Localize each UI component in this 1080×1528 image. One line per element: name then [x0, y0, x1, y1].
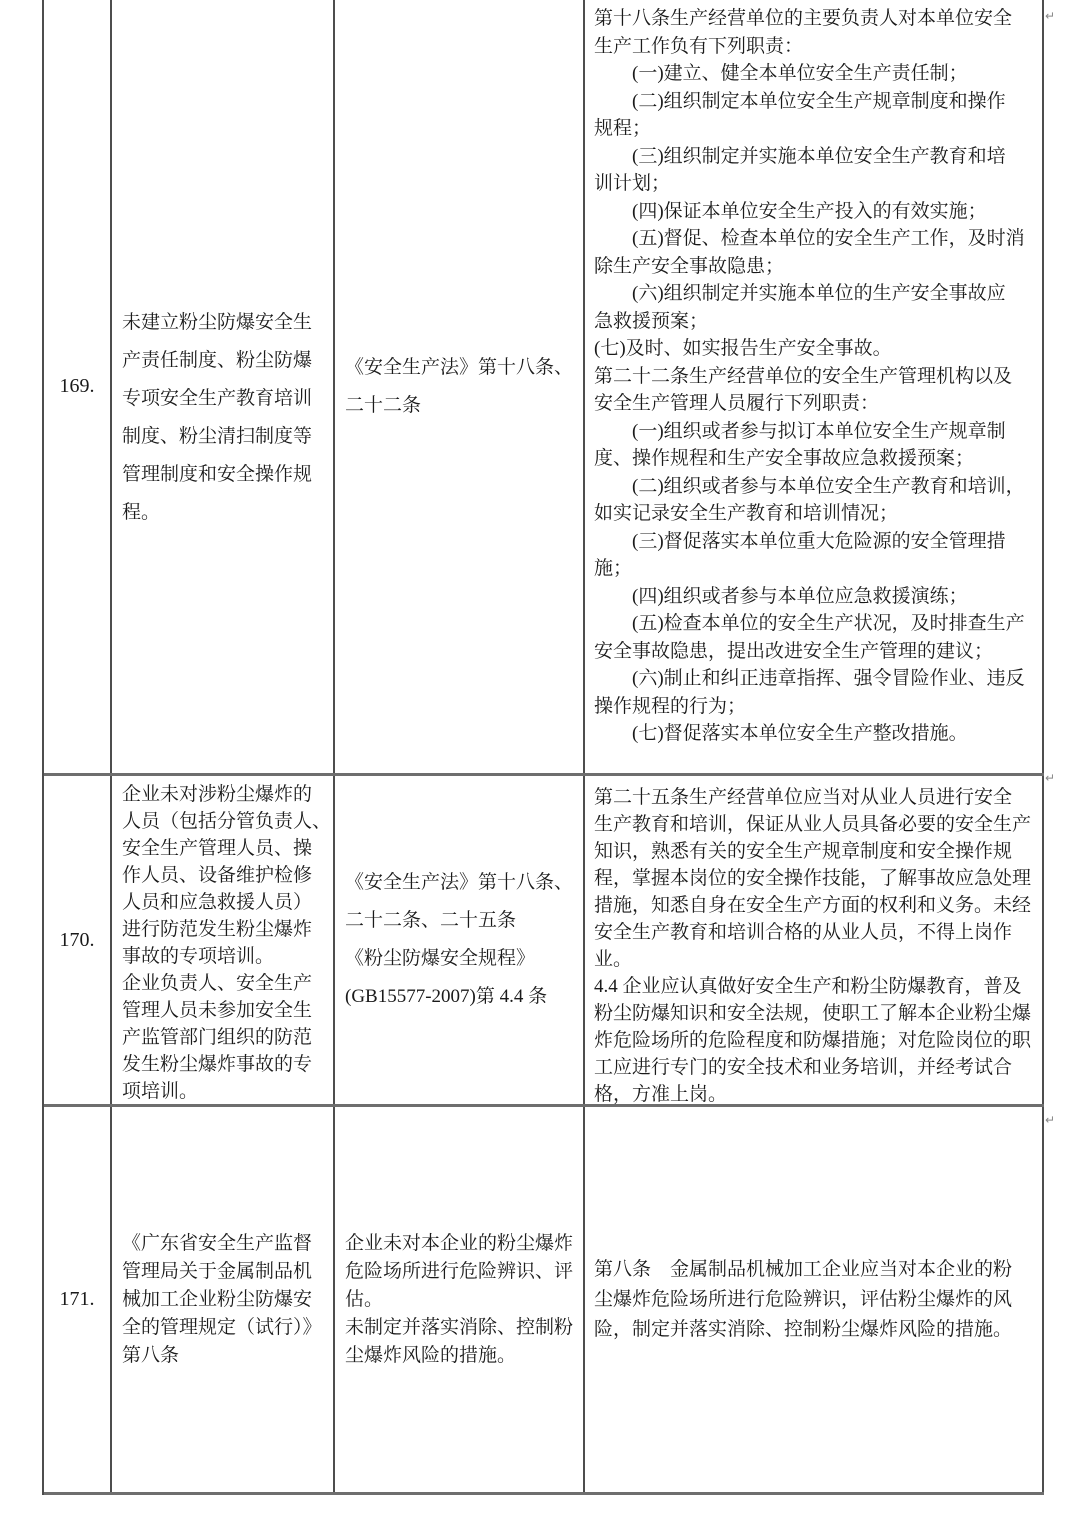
provision-cell: 第八条 金属制品机械加工企业应当对本企业的粉 尘爆炸危险场所进行危险辨识，评估粉… — [585, 1107, 1044, 1492]
provision-text: 第八条 金属制品机械加工企业应当对本企业的粉 尘爆炸危险场所进行危险辨识，评估粉… — [594, 1255, 1040, 1345]
row-number: 169. — [60, 375, 95, 398]
row-number: 170. — [60, 929, 95, 952]
legal-basis-cell: 《安全生产法》第十八条、 二十二条 — [335, 0, 585, 773]
table-row: 171. 《广东省安全生产监督 管理局关于金属制品机 械加工企业粉尘防爆安 全的… — [44, 1107, 1044, 1495]
legal-basis-text: 《广东省安全生产监督 管理局关于金属制品机 械加工企业粉尘防爆安 全的管理规定（… — [122, 1230, 333, 1370]
row-end-mark-icon: ↵ — [1045, 10, 1055, 22]
legal-basis-cell: 《安全生产法》第十八条、 二十二条、二十五条 《粉尘防爆安全规程》 (GB155… — [335, 776, 585, 1104]
provision-text: 第十八条生产经营单位的主要负责人对本单位安全 生产工作负有下列职责： (一)建立… — [594, 5, 1040, 748]
violation-cell: 企业未对涉粉尘爆炸的 人员（包括分管负责人、 安全生产管理人员、操 作人员、设备… — [112, 776, 335, 1104]
row-number: 171. — [60, 1288, 95, 1311]
provision-cell: 第二十五条生产经营单位应当对从业人员进行安全 生产教育和培训，保证从业人员具备必… — [585, 776, 1044, 1104]
violation-text: 企业未对本企业的粉尘爆炸 危险场所进行危险辨识、评 估。 未制定并落实消除、控制… — [345, 1230, 583, 1370]
violation-cell: 企业未对本企业的粉尘爆炸 危险场所进行危险辨识、评 估。 未制定并落实消除、控制… — [335, 1107, 585, 1492]
table-row: 170. 企业未对涉粉尘爆炸的 人员（包括分管负责人、 安全生产管理人员、操 作… — [44, 776, 1044, 1107]
table-row: 169. 未建立粉尘防爆安全生 产责任制度、粉尘防爆 专项安全生产教育培训 制度… — [44, 0, 1044, 776]
provision-cell: 第十八条生产经营单位的主要负责人对本单位安全 生产工作负有下列职责： (一)建立… — [585, 0, 1044, 773]
violation-text: 企业未对涉粉尘爆炸的 人员（包括分管负责人、 安全生产管理人员、操 作人员、设备… — [122, 781, 333, 1104]
row-end-mark-icon: ↵ — [1045, 1114, 1055, 1126]
violation-cell: 未建立粉尘防爆安全生 产责任制度、粉尘防爆 专项安全生产教育培训 制度、粉尘清扫… — [112, 0, 335, 773]
row-number-cell: 171. — [44, 1107, 112, 1492]
row-end-mark-icon: ↵ — [1045, 772, 1055, 784]
legal-basis-text: 《安全生产法》第十八条、 二十二条、二十五条 《粉尘防爆安全规程》 (GB155… — [345, 864, 583, 1016]
row-number-cell: 170. — [44, 776, 112, 1104]
provision-text: 第二十五条生产经营单位应当对从业人员进行安全 生产教育和培训，保证从业人员具备必… — [594, 784, 1040, 1104]
legal-basis-text: 《安全生产法》第十八条、 二十二条 — [345, 349, 583, 425]
violation-text: 未建立粉尘防爆安全生 产责任制度、粉尘防爆 专项安全生产教育培训 制度、粉尘清扫… — [122, 304, 333, 532]
row-number-cell: 169. — [44, 0, 112, 773]
regulations-table: 169. 未建立粉尘防爆安全生 产责任制度、粉尘防爆 专项安全生产教育培训 制度… — [42, 0, 1044, 1495]
legal-basis-cell: 《广东省安全生产监督 管理局关于金属制品机 械加工企业粉尘防爆安 全的管理规定（… — [112, 1107, 335, 1492]
